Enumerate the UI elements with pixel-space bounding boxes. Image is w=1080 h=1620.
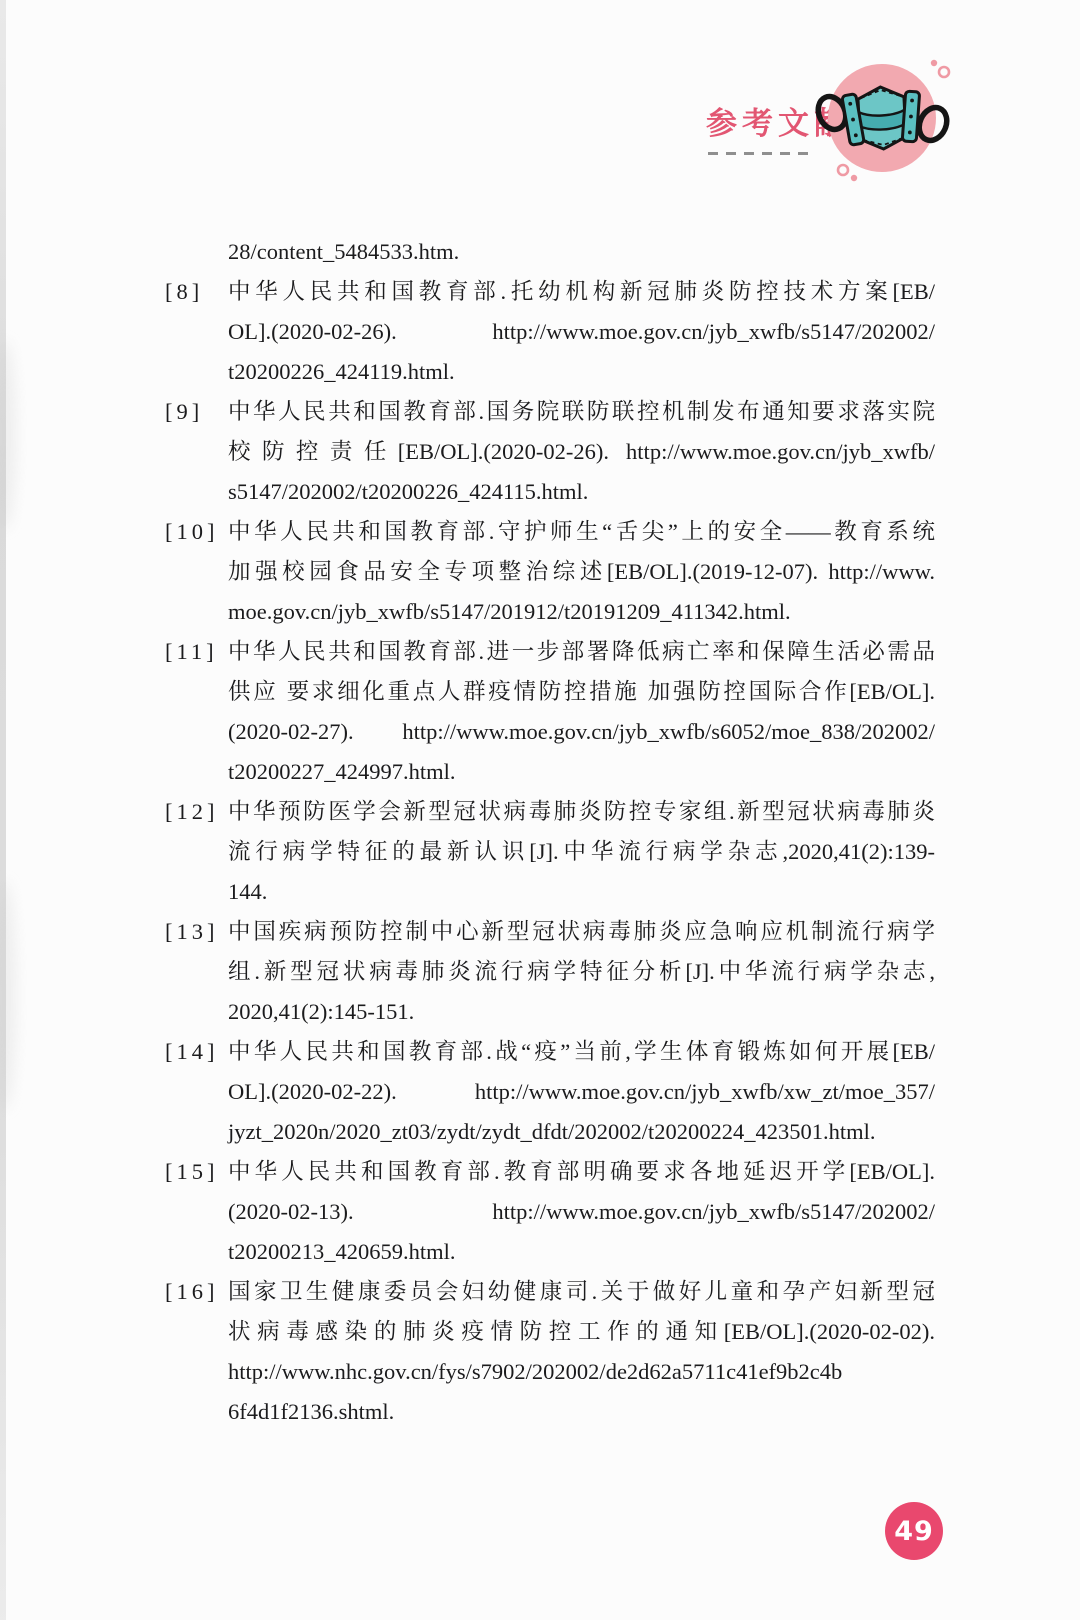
reference-line: 国家卫生健康委员会妇幼健康司.关于做好儿童和孕产妇新型冠	[228, 1272, 935, 1312]
reference-line: 加强校园食品安全专项整治综述[EB/OL].(2019-12-07). http…	[228, 552, 935, 592]
scan-smudge	[0, 880, 16, 1110]
reference-item: [10]中华人民共和国教育部.守护师生“舌尖”上的安全——教育系统加强校园食品安…	[165, 512, 935, 632]
references-list: 28/content_5484533.htm.[8]中华人民共和国教育部.托幼机…	[165, 232, 935, 1432]
reference-line: 组.新型冠状病毒肺炎流行病学特征分析[J].中华流行病学杂志,	[228, 952, 935, 992]
reference-line: 144.	[228, 872, 935, 912]
reference-line: 中华人民共和国教育部.托幼机构新冠肺炎防控技术方案[EB/	[228, 272, 935, 312]
reference-line: t20200213_420659.html.	[228, 1232, 935, 1272]
reference-line: 中国疾病预防控制中心新型冠状病毒肺炎应急响应机制流行病学	[228, 912, 935, 952]
reference-item: [13]中国疾病预防控制中心新型冠状病毒肺炎应急响应机制流行病学组.新型冠状病毒…	[165, 912, 935, 1032]
reference-item: [9]中华人民共和国教育部.国务院联防联控机制发布通知要求落实院校防控责任[EB…	[165, 392, 935, 512]
reference-line: OL].(2020-02-26). http://www.moe.gov.cn/…	[228, 312, 935, 352]
reference-item: [11]中华人民共和国教育部.进一步部署降低病亡率和保障生活必需品供应 要求细化…	[165, 632, 935, 792]
reference-item: [14]中华人民共和国教育部.战“疫”当前,学生体育锻炼如何开展[EB/OL].…	[165, 1032, 935, 1152]
reference-line: http://www.nhc.gov.cn/fys/s7902/202002/d…	[228, 1352, 935, 1392]
title-dashes-divider	[708, 152, 812, 155]
scan-edge-artifact	[0, 0, 6, 1620]
reference-line: 中华人民共和国教育部.战“疫”当前,学生体育锻炼如何开展[EB/	[228, 1032, 935, 1072]
reference-line: 中华人民共和国教育部.守护师生“舌尖”上的安全——教育系统	[228, 512, 935, 552]
reference-marker: [10]	[165, 512, 223, 552]
reference-line: s5147/202002/t20200226_424115.html.	[228, 472, 935, 512]
reference-line: jyzt_2020n/2020_zt03/zydt/zydt_dfdt/2020…	[228, 1112, 935, 1152]
reference-line: 供应 要求细化重点人群疫情防控措施 加强防控国际合作[EB/OL].	[228, 672, 935, 712]
reference-line: moe.gov.cn/jyb_xwfb/s5147/201912/t201912…	[228, 592, 935, 632]
face-mask-icon	[803, 52, 961, 188]
reference-item: 28/content_5484533.htm.	[165, 232, 935, 272]
reference-line: 28/content_5484533.htm.	[228, 232, 935, 272]
reference-item: [8]中华人民共和国教育部.托幼机构新冠肺炎防控技术方案[EB/OL].(202…	[165, 272, 935, 392]
reference-line: 状病毒感染的肺炎疫情防控工作的通知[EB/OL].(2020-02-02).	[228, 1312, 935, 1352]
page-number-badge: 49	[885, 1502, 943, 1560]
reference-line: 中华人民共和国教育部.教育部明确要求各地延迟开学[EB/OL].	[228, 1152, 935, 1192]
reference-item: [16]国家卫生健康委员会妇幼健康司.关于做好儿童和孕产妇新型冠状病毒感染的肺炎…	[165, 1272, 935, 1432]
reference-line: 6f4d1f2136.shtml.	[228, 1392, 935, 1432]
reference-line: 中华预防医学会新型冠状病毒肺炎防控专家组.新型冠状病毒肺炎	[228, 792, 935, 832]
reference-line: (2020-02-13). http://www.moe.gov.cn/jyb_…	[228, 1192, 935, 1232]
reference-line: (2020-02-27). http://www.moe.gov.cn/jyb_…	[228, 712, 935, 752]
reference-line: t20200226_424119.html.	[228, 352, 935, 392]
reference-marker: [8]	[165, 272, 223, 312]
reference-item: [15]中华人民共和国教育部.教育部明确要求各地延迟开学[EB/OL].(202…	[165, 1152, 935, 1272]
reference-line: t20200227_424997.html.	[228, 752, 935, 792]
scan-smudge	[0, 340, 16, 530]
reference-line: 流行病学特征的最新认识[J].中华流行病学杂志,2020,41(2):139-	[228, 832, 935, 872]
page-number: 49	[894, 1516, 934, 1547]
reference-line: OL].(2020-02-22). http://www.moe.gov.cn/…	[228, 1072, 935, 1112]
reference-marker: [11]	[165, 632, 223, 672]
reference-marker: [9]	[165, 392, 223, 432]
reference-marker: [15]	[165, 1152, 223, 1192]
reference-marker: [13]	[165, 912, 223, 952]
reference-marker: [14]	[165, 1032, 223, 1072]
reference-line: 中华人民共和国教育部.国务院联防联控机制发布通知要求落实院	[228, 392, 935, 432]
reference-line: 2020,41(2):145-151.	[228, 992, 935, 1032]
reference-line: 校防控责任[EB/OL].(2020-02-26). http://www.mo…	[228, 432, 935, 472]
reference-marker: [16]	[165, 1272, 223, 1312]
reference-item: [12]中华预防医学会新型冠状病毒肺炎防控专家组.新型冠状病毒肺炎流行病学特征的…	[165, 792, 935, 912]
reference-line: 中华人民共和国教育部.进一步部署降低病亡率和保障生活必需品	[228, 632, 935, 672]
reference-marker: [12]	[165, 792, 223, 832]
